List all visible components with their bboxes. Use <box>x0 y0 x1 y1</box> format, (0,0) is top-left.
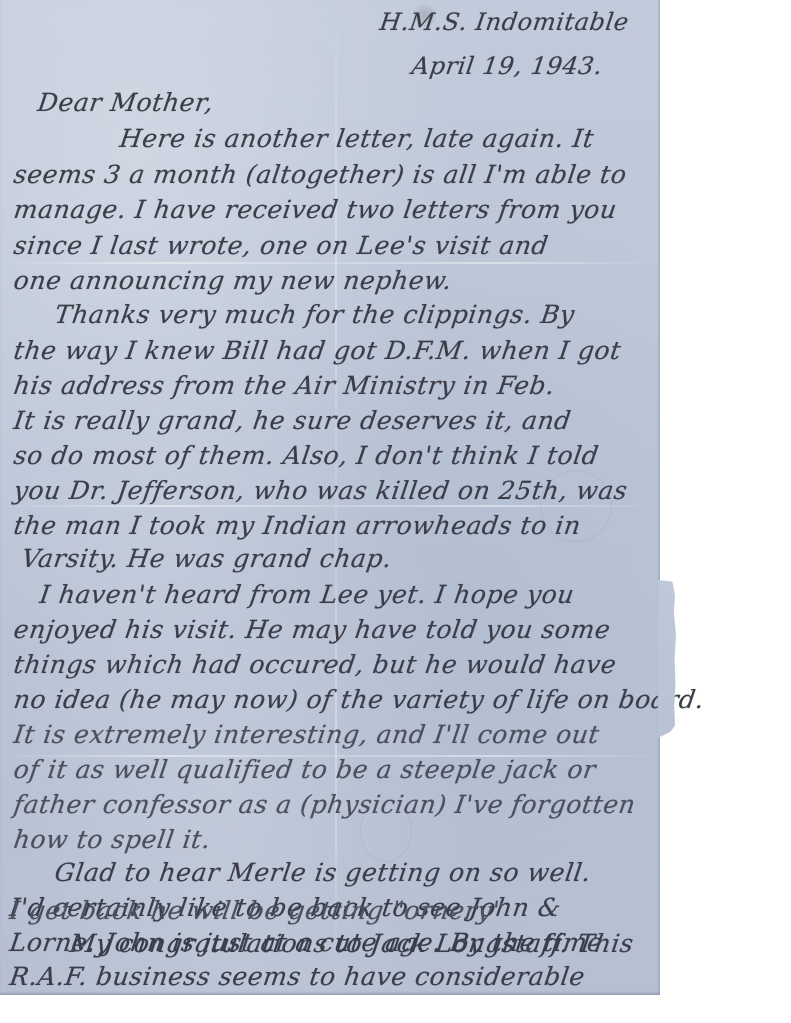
letter-line: R.A.F. business seems to have considerab… <box>8 962 587 991</box>
letter-bottom-lines-visible: I get back he will be getting "ornery" M… <box>0 0 660 995</box>
letter-line: I get back he will be getting "ornery" <box>8 896 506 925</box>
letter-line: My congratulations to Jack Longstaff. Th… <box>68 929 636 958</box>
torn-paper-edge <box>658 580 676 738</box>
